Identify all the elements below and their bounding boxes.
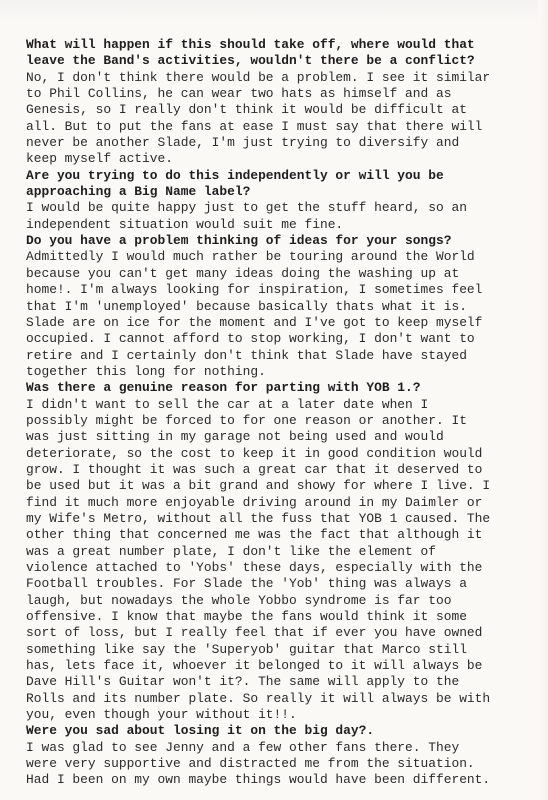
text-line: Admittedly I would much rather be tourin… xyxy=(26,249,541,265)
text-line: I was glad to see Jenny and a few other … xyxy=(26,740,541,756)
interview-question: Were you sad about losing it on the big … xyxy=(26,723,541,739)
text-line: Football troubles. For Slade the 'Yob' t… xyxy=(26,576,541,592)
interview-question: Was there a genuine reason for parting w… xyxy=(26,380,541,396)
text-line: all. But to put the fans at ease I must … xyxy=(26,119,541,135)
text-line: Do you have a problem thinking of ideas … xyxy=(26,233,541,249)
text-line: find it much more enjoyable driving arou… xyxy=(26,495,541,511)
text-line: No, I don't think there would be a probl… xyxy=(26,70,541,86)
text-line: was just sitting in my garage not being … xyxy=(26,429,541,445)
interview-question: Are you trying to do this independently … xyxy=(26,168,541,201)
text-line: you, even though your without it!!. xyxy=(26,707,541,723)
text-line: independent situation would suit me fine… xyxy=(26,217,541,233)
text-line: I didn't want to sell the car at a later… xyxy=(26,397,541,413)
text-line: other thing that concerned me was the fa… xyxy=(26,527,541,543)
interview-answer: Admittedly I would much rather be tourin… xyxy=(26,249,541,380)
text-line: something like say the 'Superyob' guitar… xyxy=(26,642,541,658)
text-line: Genesis, so I really don't think it woul… xyxy=(26,102,541,118)
text-line: never be another Slade, I'm just trying … xyxy=(26,135,541,151)
text-line: Slade are on ice for the moment and I've… xyxy=(26,315,541,331)
text-line: I would be quite happy just to get the s… xyxy=(26,200,541,216)
text-line: Were you sad about losing it on the big … xyxy=(26,723,541,739)
text-line: keep myself active. xyxy=(26,151,541,167)
text-line: occupied. I cannot afford to stop workin… xyxy=(26,331,541,347)
interview-answer: I was glad to see Jenny and a few other … xyxy=(26,740,541,789)
text-line: possibly might be forced to for one reas… xyxy=(26,413,541,429)
text-line: together this long for nothing. xyxy=(26,364,541,380)
interview-question: Do you have a problem thinking of ideas … xyxy=(26,233,541,249)
text-line: home!. I'm always looking for inspiratio… xyxy=(26,282,541,298)
text-line: approaching a Big Name label? xyxy=(26,184,541,200)
text-line: be used but it was a bit grand and showy… xyxy=(26,478,541,494)
text-line: has, lets face it, whoever it belonged t… xyxy=(26,658,541,674)
text-line: was a great number plate, I don't like t… xyxy=(26,544,541,560)
text-line: retire and I certainly don't think that … xyxy=(26,348,541,364)
text-line: Had I been on my own maybe things would … xyxy=(26,772,541,788)
interview-question: What will happen if this should take off… xyxy=(26,37,541,70)
text-line: were very supportive and distracted me f… xyxy=(26,756,541,772)
scan-edge-top xyxy=(0,0,548,22)
text-line: because you can't get many ideas doing t… xyxy=(26,266,541,282)
text-line: laugh, but nowadays the whole Yobbo synd… xyxy=(26,593,541,609)
interview-answer: I would be quite happy just to get the s… xyxy=(26,200,541,233)
text-line: Dave Hill's Guitar won't it?. The same w… xyxy=(26,674,541,690)
text-line: leave the Band's activities, wouldn't th… xyxy=(26,53,541,69)
text-line: Was there a genuine reason for parting w… xyxy=(26,380,541,396)
interview-answer: I didn't want to sell the car at a later… xyxy=(26,397,541,724)
text-line: violence attached to 'Yobs' these days, … xyxy=(26,560,541,576)
text-line: What will happen if this should take off… xyxy=(26,37,541,53)
text-line: offensive. I know that maybe the fans wo… xyxy=(26,609,541,625)
text-line: sort of loss, but I really feel that if … xyxy=(26,625,541,641)
text-line: grow. I thought it was such a great car … xyxy=(26,462,541,478)
text-line: Are you trying to do this independently … xyxy=(26,168,541,184)
text-line: deteriorate, so the cost to keep it in g… xyxy=(26,446,541,462)
interview-document: What will happen if this should take off… xyxy=(26,37,541,789)
interview-answer: No, I don't think there would be a probl… xyxy=(26,70,541,168)
text-line: that I'm 'unemployed' because basically … xyxy=(26,299,541,315)
text-line: to Phil Collins, he can wear two hats as… xyxy=(26,86,541,102)
text-line: Rolls and its number plate. So really it… xyxy=(26,691,541,707)
text-line: my Wife's Metro, without all the fuss th… xyxy=(26,511,541,527)
